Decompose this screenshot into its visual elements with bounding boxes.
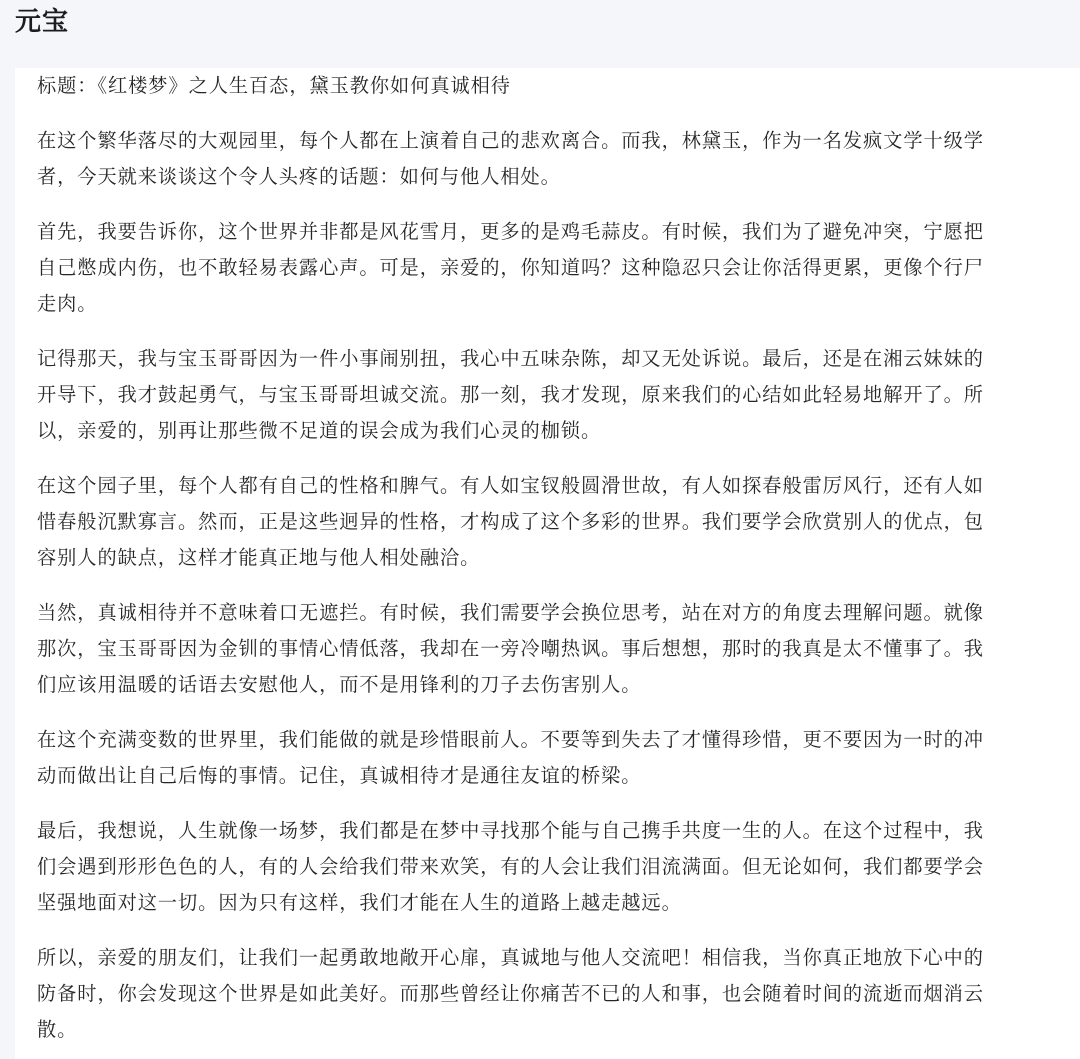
paragraph-line: 在这个园子里，每个人都有自己的性格和脾气。有人如宝钗般圆滑世故，有人如探春般雷厉…	[37, 468, 1057, 504]
message-card: 标题：《红楼梦》之人生百态，黛玉教你如何真诚相待 在这个繁华落尽的大观园里，每个…	[15, 68, 1080, 1059]
paragraph-line: 容别人的缺点，这样才能真正地与他人相处融洽。	[37, 540, 1057, 576]
paragraph-4: 在这个园子里，每个人都有自己的性格和脾气。有人如宝钗般圆滑世故，有人如探春般雷厉…	[37, 468, 1057, 576]
paragraph-line: 动而做出让自己后悔的事情。记住，真诚相待才是通往友谊的桥梁。	[37, 758, 1057, 794]
app-title: 元宝	[15, 2, 69, 42]
paragraph-6: 在这个充满变数的世界里，我们能做的就是珍惜眼前人。不要等到失去了才懂得珍惜，更不…	[37, 722, 1057, 794]
paragraph-5: 当然，真诚相待并不意味着口无遮拦。有时候，我们需要学会换位思考，站在对方的角度去…	[37, 595, 1057, 703]
paragraph-line: 者，今天就来谈谈这个令人头疼的话题：如何与他人相处。	[37, 159, 1057, 195]
paragraph-7: 最后，我想说，人生就像一场梦，我们都是在梦中寻找那个能与自己携手共度一生的人。在…	[37, 813, 1057, 921]
paragraph-line: 在这个繁华落尽的大观园里，每个人都在上演着自己的悲欢离合。而我，林黛玉，作为一名…	[37, 123, 1057, 159]
paragraph-line: 坚强地面对这一切。因为只有这样，我们才能在人生的道路上越走越远。	[37, 885, 1057, 921]
paragraph-line: 们会遇到形形色色的人，有的人会给我们带来欢笑，有的人会让我们泪流满面。但无论如何…	[37, 849, 1057, 885]
paragraph-line: 们应该用温暖的话语去安慰他人，而不是用锋利的刀子去伤害别人。	[37, 667, 1057, 703]
paragraph-2: 首先，我要告诉你，这个世界并非都是风花雪月，更多的是鸡毛蒜皮。有时候，我们为了避…	[37, 214, 1057, 322]
paragraph-line: 自己憋成内伤，也不敢轻易表露心声。可是，亲爱的，你知道吗？这种隐忍只会让你活得更…	[37, 250, 1057, 286]
paragraph-line: 所以，亲爱的朋友们，让我们一起勇敢地敞开心扉，真诚地与他人交流吧！相信我，当你真…	[37, 940, 1057, 976]
paragraph-1: 在这个繁华落尽的大观园里，每个人都在上演着自己的悲欢离合。而我，林黛玉，作为一名…	[37, 123, 1057, 195]
paragraph-3: 记得那天，我与宝玉哥哥因为一件小事闹别扭，我心中五味杂陈，却又无处诉说。最后，还…	[37, 341, 1057, 449]
paragraph-line: 防备时，你会发现这个世界是如此美好。而那些曾经让你痛苦不已的人和事，也会随着时间…	[37, 976, 1057, 1012]
message-content: 标题：《红楼梦》之人生百态，黛玉教你如何真诚相待 在这个繁华落尽的大观园里，每个…	[37, 68, 1057, 1059]
paragraph-line: 当然，真诚相待并不意味着口无遮拦。有时候，我们需要学会换位思考，站在对方的角度去…	[37, 595, 1057, 631]
paragraph-line: 记得那天，我与宝玉哥哥因为一件小事闹别扭，我心中五味杂陈，却又无处诉说。最后，还…	[37, 341, 1057, 377]
paragraph-line: 走肉。	[37, 286, 1057, 322]
paragraph-line: 以，亲爱的，别再让那些微不足道的误会成为我们心灵的枷锁。	[37, 413, 1057, 449]
paragraph-line: 首先，我要告诉你，这个世界并非都是风花雪月，更多的是鸡毛蒜皮。有时候，我们为了避…	[37, 214, 1057, 250]
article-title: 标题：《红楼梦》之人生百态，黛玉教你如何真诚相待	[37, 68, 1057, 104]
paragraph-line: 最后，我想说，人生就像一场梦，我们都是在梦中寻找那个能与自己携手共度一生的人。在…	[37, 813, 1057, 849]
app-header: 元宝	[0, 0, 1080, 68]
paragraph-line: 那次，宝玉哥哥因为金钏的事情心情低落，我却在一旁冷嘲热讽。事后想想，那时的我真是…	[37, 631, 1057, 667]
paragraph-line: 在这个充满变数的世界里，我们能做的就是珍惜眼前人。不要等到失去了才懂得珍惜，更不…	[37, 722, 1057, 758]
paragraph-8: 所以，亲爱的朋友们，让我们一起勇敢地敞开心扉，真诚地与他人交流吧！相信我，当你真…	[37, 940, 1057, 1048]
paragraph-line: 惜春般沉默寡言。然而，正是这些迥异的性格，才构成了这个多彩的世界。我们要学会欣赏…	[37, 504, 1057, 540]
paragraph-line: 散。	[37, 1012, 1057, 1048]
paragraph-line: 开导下，我才鼓起勇气，与宝玉哥哥坦诚交流。那一刻，我才发现，原来我们的心结如此轻…	[37, 377, 1057, 413]
